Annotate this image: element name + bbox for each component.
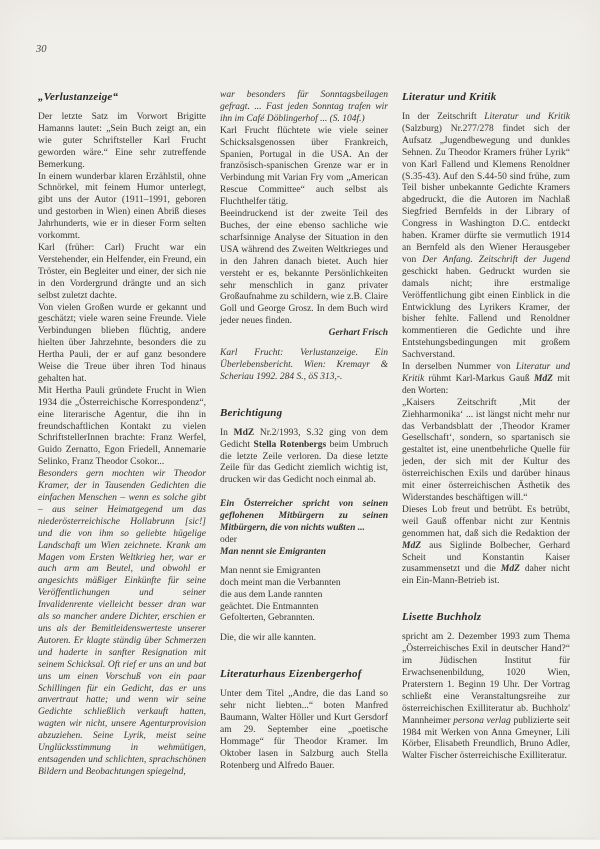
paragraph: In einem wunderbar klaren Erzählstil, oh… [38, 172, 206, 243]
three-column-layout: „Verlustanzeige“ Der letzte Satz im Vorw… [38, 90, 570, 779]
column-3: Literatur und Kritik In der Zeitschrift … [402, 90, 570, 779]
paragraph: Mit Hertha Pauli gründete Frucht in Wien… [38, 386, 206, 469]
book-citation: Karl Frucht: Verlustanzeige. Ein Überleb… [220, 348, 388, 384]
correction-notice: In MdZ Nr.2/1993, S.32 ging von dem Gedi… [220, 428, 388, 488]
poem-line: geächtet. Die Entmannten [220, 602, 388, 614]
section-heading-literatur-und-kritik: Literatur und Kritik [402, 90, 570, 104]
quoted-book-excerpt: Besonders gern mochten wir Theodor Krame… [38, 469, 206, 779]
article-title-verlustanzeige: „Verlustanzeige“ [38, 90, 206, 104]
poem-stanza: Man nennt sie Emigranten doch meint man … [220, 566, 388, 626]
column-1: „Verlustanzeige“ Der letzte Satz im Vorw… [38, 90, 206, 779]
paragraph: Karl Frucht flüchtete wie viele seiner S… [220, 126, 388, 209]
poem-title-long: Ein Österreicher spricht von seinen gefl… [220, 499, 388, 535]
paragraph: Karl (früher: Carl) Frucht war ein Verst… [38, 243, 206, 303]
poem-title-short: Man nennt sie Emigranten [220, 547, 388, 559]
poem-line: doch meint man die Verbannten [220, 578, 388, 590]
journal-review: In der Zeitschrift Literatur und Kritik … [402, 112, 570, 362]
scan-bottom-edge-artifact [4, 837, 596, 839]
poem-line: Man nennt sie Emigranten [220, 566, 388, 578]
poem-title-alternative-word: oder [220, 535, 388, 547]
poem-line: die aus dem Lande rannten [220, 590, 388, 602]
scanned-document-page: 30 „Verlustanzeige“ Der letzte Satz im V… [0, 0, 600, 849]
event-report: Unter dem Titel „Andre, die das Land so … [220, 689, 388, 772]
paragraph: Von vielen Großen wurde er gekannt und g… [38, 303, 206, 386]
paragraph: Beeindruckend ist der zweite Teil des Bu… [220, 209, 388, 328]
paragraph: In derselben Nummer von Literatur und Kr… [402, 362, 570, 398]
paragraph: Der letzte Satz im Vorwort Brigitte Hama… [38, 112, 206, 172]
editorial-reply: Dieses Lob freut und betrübt. Es betrübt… [402, 505, 570, 588]
quoted-excerpt-continuation: war besonders für Sonntagsbeilagen gefra… [220, 90, 388, 126]
scan-bottom-strip [0, 840, 600, 849]
pull-quote: „Kaisers Zeitschrift ‚Mit der Ziehharmon… [402, 398, 570, 505]
page-number: 30 [36, 44, 47, 55]
column-2: war besonders für Sonntagsbeilagen gefra… [220, 90, 388, 779]
section-heading-berichtigung: Berichtigung [220, 406, 388, 420]
author-signature: Gerhart Frisch [220, 328, 388, 340]
poem-line: Gefolterten, Gebrannten. [220, 613, 388, 625]
section-heading-lisette-buchholz: Lisette Buchholz [402, 610, 570, 624]
lecture-announcement: spricht am 2. Dezember 1993 zum Thema „Ö… [402, 632, 570, 763]
poem-closing-line: Die, die wir alle kannten. [220, 633, 388, 645]
section-heading-literaturhaus: Literaturhaus Eizenbergerhof [220, 667, 388, 681]
